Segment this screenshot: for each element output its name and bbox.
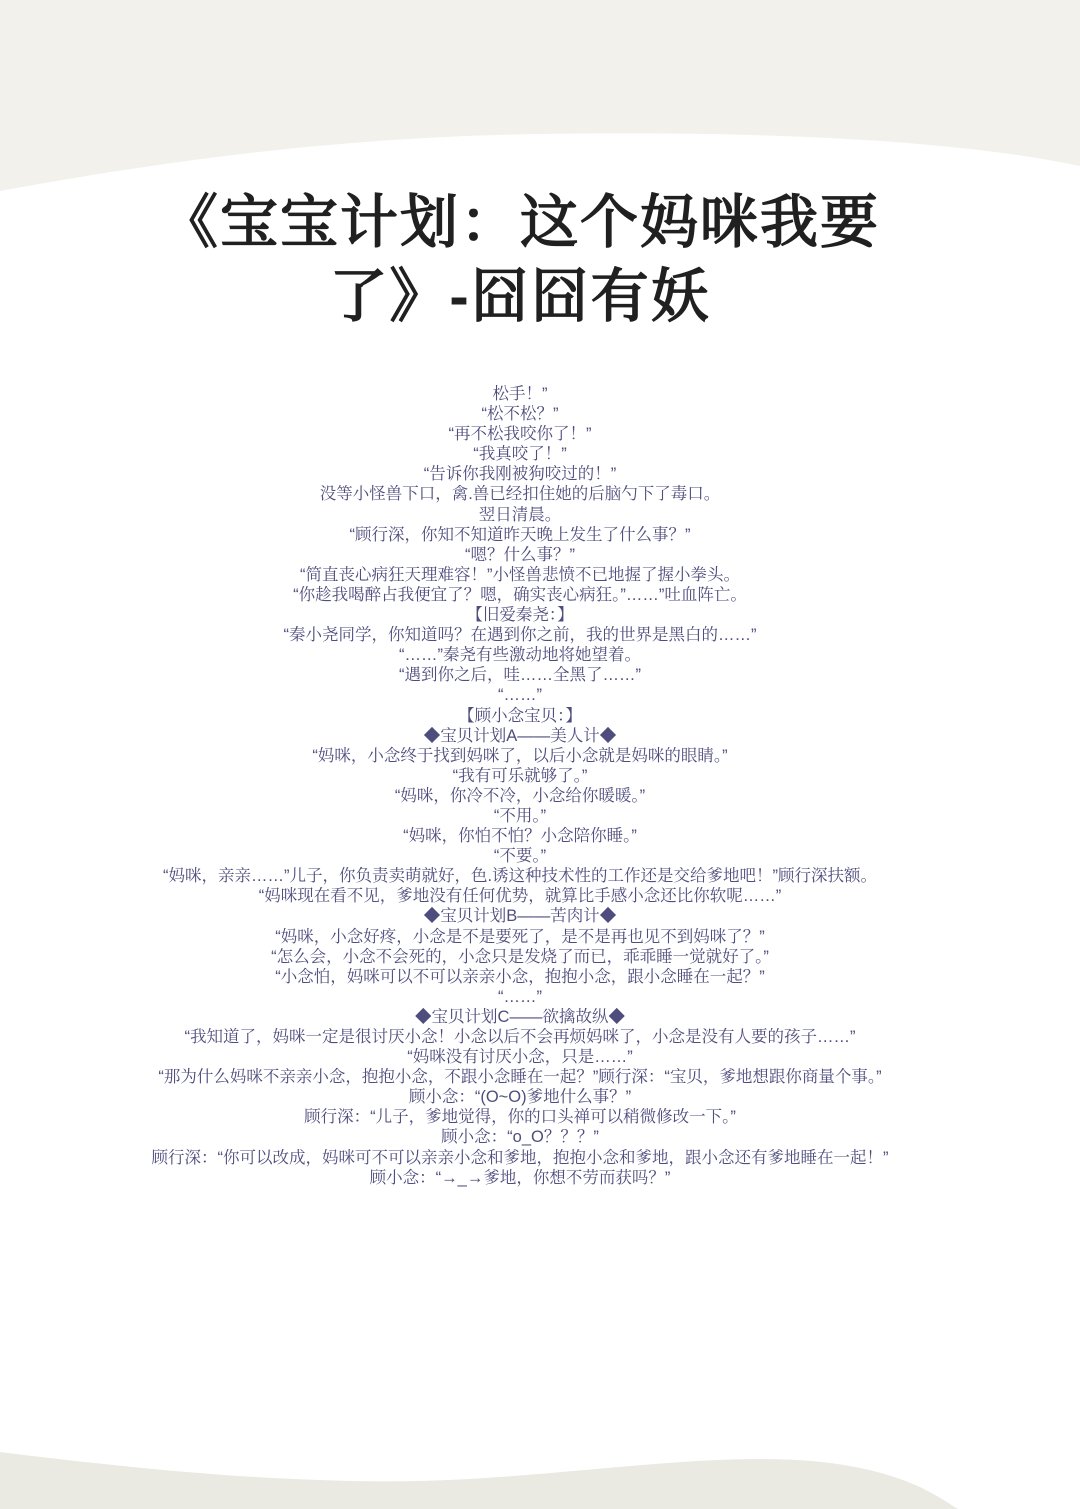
text-line: “顾行深，你知不知道昨天晚上发生了什么事？” — [0, 525, 1040, 545]
excerpt-text: 松手！”“松不松？”“再不松我咬你了！”“我真咬了！”“告诉你我刚被狗咬过的！”… — [0, 384, 1040, 1188]
text-line: 顾行深：“你可以改成，妈咪可不可以亲亲小念和爹地，抱抱小念和爹地，跟小念还有爹地… — [0, 1148, 1040, 1168]
text-line: “那为什么妈咪不亲亲小念，抱抱小念，不跟小念睡在一起？”顾行深：“宝贝，爹地想跟… — [0, 1067, 1040, 1087]
text-line: “遇到你之后，哇……全黑了……” — [0, 665, 1040, 685]
text-line: “……” — [0, 685, 1040, 705]
text-line: “简直丧心病狂天理难容！”小怪兽悲愤不已地握了握小拳头。 — [0, 565, 1040, 585]
text-line: “……”秦尧有些激动地将她望着。 — [0, 645, 1040, 665]
text-line: 【顾小念宝贝：】 — [0, 706, 1040, 726]
text-line: “秦小尧同学，你知道吗？在遇到你之前，我的世界是黑白的……” — [0, 625, 1040, 645]
text-line: 顾行深：“儿子，爹地觉得，你的口头禅可以稍微修改一下。” — [0, 1107, 1040, 1127]
text-line: “嗯？什么事？” — [0, 545, 1040, 565]
text-line: “我真咬了！” — [0, 444, 1040, 464]
text-line: ◆宝贝计划B——苦肉计◆ — [0, 906, 1040, 926]
text-line: 翌日清晨。 — [0, 505, 1040, 525]
text-line: “妈咪，你冷不冷，小念给你暖暖。” — [0, 786, 1040, 806]
text-line: “不要。” — [0, 846, 1040, 866]
book-title-line2: 了》-囧囧有妖 — [0, 260, 1040, 334]
text-line: 顾小念：“(O~O)爹地什么事？” — [0, 1087, 1040, 1107]
text-line: “松不松？” — [0, 404, 1040, 424]
text-line: ◆宝贝计划C——欲擒故纵◆ — [0, 1007, 1040, 1027]
book-title: 《宝宝计划：这个妈咪我要 了》-囧囧有妖 — [0, 186, 1040, 334]
text-line: “妈咪，你怕不怕？小念陪你睡。” — [0, 826, 1040, 846]
content-column: 《宝宝计划：这个妈咪我要 了》-囧囧有妖 松手！”“松不松？”“再不松我咬你了！… — [0, 0, 1080, 1509]
text-line: “……” — [0, 987, 1040, 1007]
text-line: “告诉你我刚被狗咬过的！” — [0, 464, 1040, 484]
text-line: 没等小怪兽下口，禽.兽已经扣住她的后脑勺下了毒口。 — [0, 484, 1040, 504]
text-line: “我有可乐就够了。” — [0, 766, 1040, 786]
text-line: “妈咪，亲亲……”儿子，你负责卖萌就好，色.诱这种技术性的工作还是交给爹地吧！”… — [0, 866, 1040, 886]
text-line: “怎么会，小念不会死的，小念只是发烧了而已，乖乖睡一觉就好了。” — [0, 947, 1040, 967]
text-line: 【旧爱秦尧：】 — [0, 605, 1040, 625]
book-title-line1: 《宝宝计划：这个妈咪我要 — [0, 186, 1040, 260]
text-line: 顾小念：“o_O？？？” — [0, 1127, 1040, 1147]
text-line: “妈咪，小念好疼，小念是不是要死了，是不是再也见不到妈咪了？” — [0, 927, 1040, 947]
text-line: “妈咪，小念终于找到妈咪了，以后小念就是妈咪的眼睛。” — [0, 746, 1040, 766]
text-line: 松手！” — [0, 384, 1040, 404]
text-line: “你趁我喝醉占我便宜了？嗯，确实丧心病狂。”……”吐血阵亡。 — [0, 585, 1040, 605]
book-excerpt-page: 《宝宝计划：这个妈咪我要 了》-囧囧有妖 松手！”“松不松？”“再不松我咬你了！… — [0, 0, 1080, 1509]
text-line: “我知道了，妈咪一定是很讨厌小念！小念以后不会再烦妈咪了，小念是没有人要的孩子…… — [0, 1027, 1040, 1047]
text-line: “妈咪没有讨厌小念，只是……” — [0, 1047, 1040, 1067]
text-line: 顾小念：“→_→爹地，你想不劳而获吗？” — [0, 1168, 1040, 1188]
text-line: “不用。” — [0, 806, 1040, 826]
text-line: “小念怕，妈咪可以不可以亲亲小念，抱抱小念，跟小念睡在一起？” — [0, 967, 1040, 987]
text-line: ◆宝贝计划A——美人计◆ — [0, 726, 1040, 746]
text-line: “再不松我咬你了！” — [0, 424, 1040, 444]
text-line: “妈咪现在看不见，爹地没有任何优势，就算比手感小念还比你软呢……” — [0, 886, 1040, 906]
